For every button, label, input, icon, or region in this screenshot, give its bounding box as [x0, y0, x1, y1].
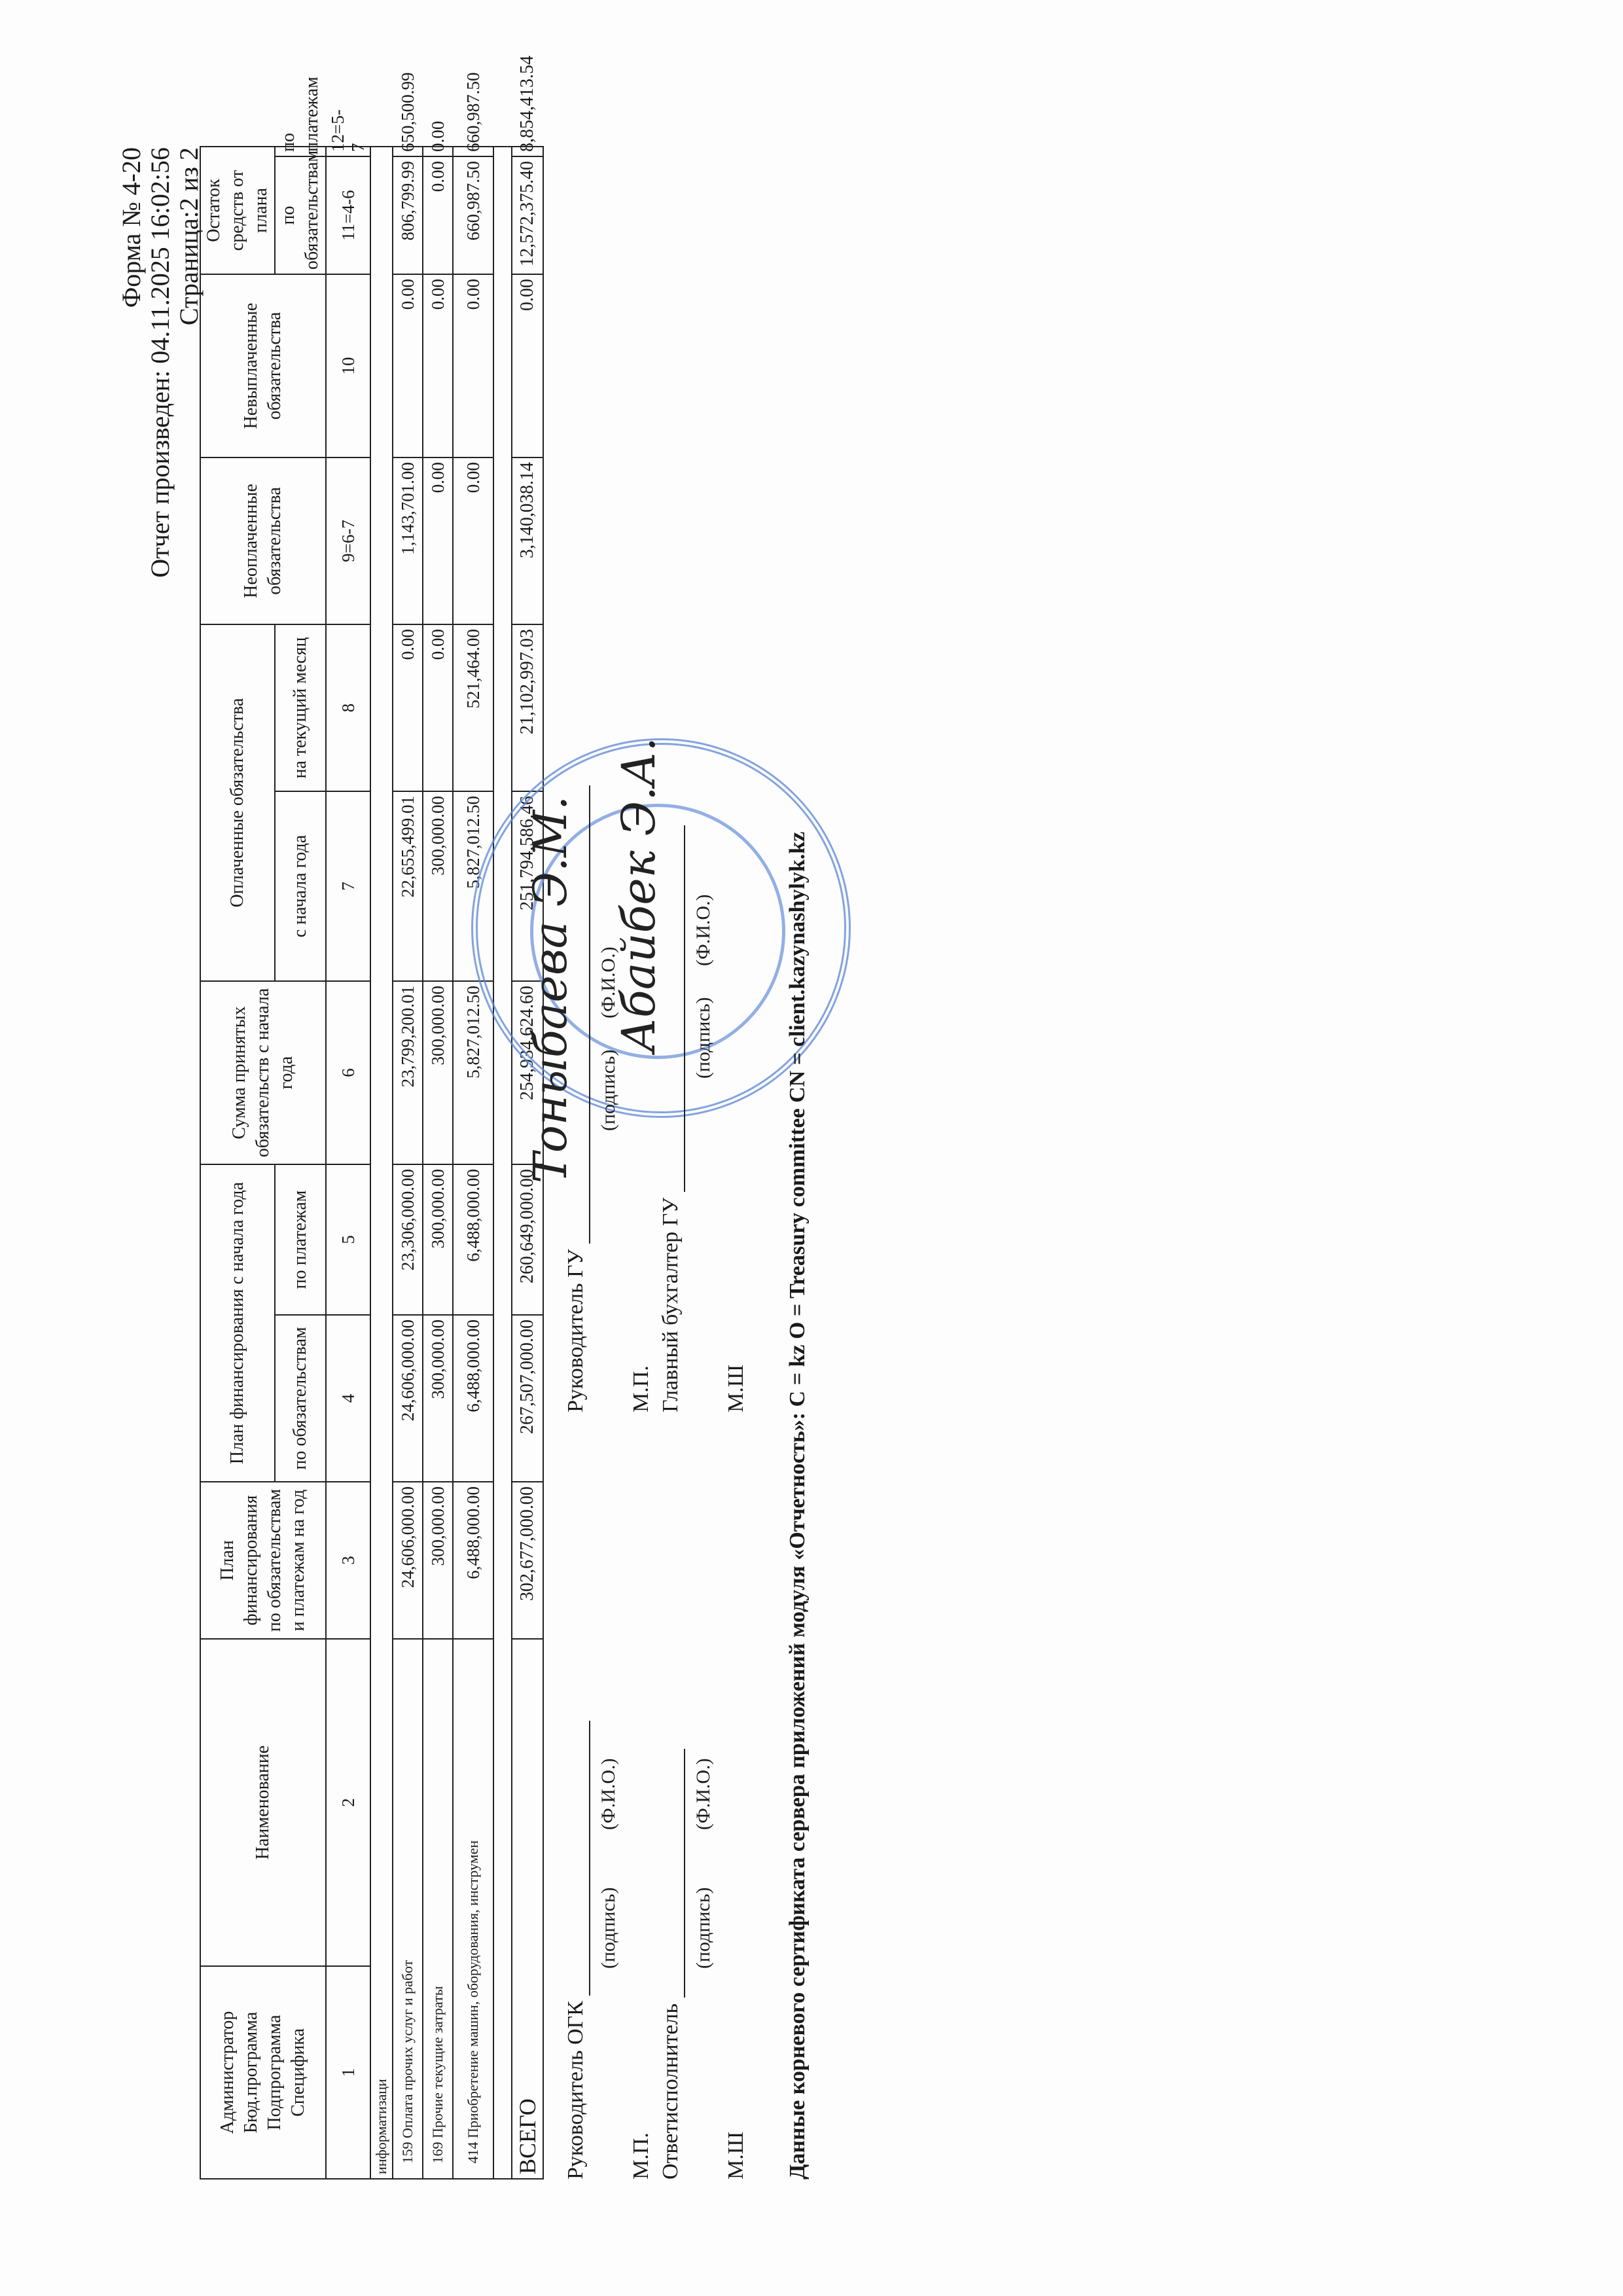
- colnum: 12=5-7: [326, 147, 370, 156]
- cell-c3: 6,488,000.00: [453, 1482, 493, 1639]
- cell-c8: 0.00: [393, 624, 423, 791]
- cell-c6: 300,000.00: [423, 981, 453, 1164]
- spacer-row: [493, 147, 512, 2179]
- col-plan-payments-header: по платежам: [275, 1164, 326, 1315]
- cell-c12: 0.00: [423, 147, 453, 156]
- fio-hint: (Ф.И.О.): [692, 894, 714, 966]
- total-c3: 302,677,000.00: [512, 1482, 543, 1639]
- col-plan-obligations-header: по обязательствам: [275, 1315, 326, 1482]
- cell-c10: 0.00: [423, 274, 453, 457]
- total-c8: 21,102,997.03: [512, 624, 543, 791]
- group-remaining-header: Остаток средств от плана: [200, 147, 275, 274]
- colnum: 1: [326, 1966, 370, 2179]
- executor-signature: Ответисполнитель: [658, 1749, 685, 2179]
- cell-c12: 650,500.99: [393, 147, 423, 156]
- section-row: информатизаци: [370, 147, 393, 2179]
- col-annual-plan-header: План финансирования по обязательствам и …: [200, 1482, 326, 1639]
- col-paid-ytd-header: с начала года: [275, 791, 326, 981]
- row-name: Оплата прочих услуг и работ: [399, 1960, 416, 2138]
- row-code: 159: [399, 2142, 416, 2164]
- signature-line: [563, 1721, 590, 1996]
- header-row-1: Администратор Бюд.программа Подпрограмма…: [200, 147, 275, 2179]
- row-code: 414: [465, 2142, 481, 2164]
- signature-hint: (подпись): [692, 1887, 714, 1969]
- group-plan-ytd-header: План финансирования с начала года: [200, 1164, 275, 1482]
- cell-c11: 806,799.99: [393, 156, 423, 274]
- cell-c10: 0.00: [453, 274, 493, 457]
- row-code: 169: [429, 2142, 446, 2164]
- cell-c9: 0.00: [423, 457, 453, 624]
- col-remaining-obligations-header: по обязательствам: [275, 156, 326, 274]
- msh-right: М.Ш: [723, 1365, 749, 1412]
- ogk-head-signature: Руководитель ОГК: [563, 1721, 590, 2179]
- cell-c7: 22,655,499.01: [393, 791, 423, 981]
- cell-c4: 300,000.00: [423, 1315, 453, 1482]
- colnum: 9=6-7: [326, 457, 370, 624]
- cell-c6: 5,827,012.50: [453, 981, 493, 1164]
- total-c10: 0.00: [512, 274, 543, 457]
- chief-accountant-handwritten-name: Абайбек Э.А.: [612, 737, 666, 1052]
- gu-head-label: Руководитель ГУ: [563, 1249, 588, 1412]
- colnum: 10: [326, 274, 370, 457]
- col-admin-header: Администратор Бюд.программа Подпрограмма…: [200, 1966, 326, 2179]
- table-row: 159 Оплата прочих услуг и работ 24,606,0…: [393, 147, 423, 2179]
- report-table: Администратор Бюд.программа Подпрограмма…: [200, 146, 544, 2179]
- signature-line: [658, 1749, 685, 1998]
- form-number: Форма № 4-20: [116, 147, 147, 308]
- gu-head-handwritten-name: Тоныбаева Э.М.: [524, 796, 577, 1183]
- cell-c4: 24,606,000.00: [393, 1315, 423, 1482]
- column-number-row: 1 2 3 4 5 6 7 8 9=6-7 10 11=4-6 12=5-7: [326, 147, 370, 2179]
- colnum: 8: [326, 624, 370, 791]
- colnum: 11=4-6: [326, 156, 370, 274]
- executor-hint: (подпись) (Ф.И.О.): [690, 1758, 717, 1969]
- report-sheet: Форма № 4-20 Отчет произведен: 04.11.202…: [0, 0, 1623, 2296]
- cell-c11: 0.00: [423, 156, 453, 274]
- mp-left: М.П.: [628, 2132, 654, 2179]
- total-label: ВСЕГО: [512, 1639, 543, 2179]
- total-c5: 260,649,000.00: [512, 1164, 543, 1315]
- cell-c12: 660,987.50: [453, 147, 493, 156]
- row-label: 169 Прочие текущие затраты: [423, 1639, 453, 2179]
- total-c4: 267,507,000.00: [512, 1315, 543, 1482]
- group-paid-header: Оплаченные обязательства: [200, 624, 275, 981]
- row-name: Прочие текущие затраты: [429, 1986, 446, 2138]
- row-label: 159 Оплата прочих услуг и работ: [393, 1639, 423, 2179]
- msh-left: М.Ш: [723, 2132, 749, 2179]
- colnum: 6: [326, 981, 370, 1164]
- col-name-header: Наименование: [200, 1639, 326, 1966]
- cell-c9: 0.00: [453, 457, 493, 624]
- mp-right: М.П.: [628, 1365, 654, 1412]
- table-row: 169 Прочие текущие затраты 300,000.00 30…: [423, 147, 453, 2179]
- signature-hint: (подпись): [692, 997, 714, 1079]
- cell-c4: 6,488,000.00: [453, 1315, 493, 1482]
- fio-hint: (Ф.И.О.): [692, 1758, 714, 1830]
- signature-hint: (подпись): [597, 1887, 619, 1969]
- col-paid-month-header: на текущий месяц: [275, 624, 326, 791]
- spacer: [493, 147, 512, 2179]
- colnum: 2: [326, 1639, 370, 1966]
- signature-hint: (подпись): [597, 1049, 619, 1131]
- colnum: 5: [326, 1164, 370, 1315]
- executor-label: Ответисполнитель: [658, 2003, 683, 2179]
- colnum: 4: [326, 1315, 370, 1482]
- chief-accountant-label: Главный бухгалтер ГУ: [658, 1198, 683, 1412]
- col-unpaid-header: Неоплаченные обязательства: [200, 457, 326, 624]
- table-row: 414 Приобретение машин, оборудования, ин…: [453, 147, 493, 2179]
- ogk-hint: (подпись) (Ф.И.О.): [596, 1758, 622, 1969]
- cell-c9: 1,143,701.00: [393, 457, 423, 624]
- cell-c3: 24,606,000.00: [393, 1482, 423, 1639]
- colnum: 3: [326, 1482, 370, 1639]
- col-unsettled-header: Невыплаченные обязательства: [200, 274, 326, 457]
- cell-c11: 660,987.50: [453, 156, 493, 274]
- certificate-info: Данные корневого сертификата сервера при…: [785, 832, 810, 2179]
- row-label: 414 Приобретение машин, оборудования, ин…: [453, 1639, 493, 2179]
- row-name: Приобретение машин, оборудования, инстру…: [465, 1840, 481, 2138]
- report-generated: Отчет произведен: 04.11.2025 16:02:56: [145, 147, 175, 578]
- cell-c10: 0.00: [393, 274, 423, 457]
- col-accepted-header: Сумма принятых обязательств с начала год…: [200, 981, 326, 1164]
- cell-c5: 23,306,000.00: [393, 1164, 423, 1315]
- cell-c7: 300,000.00: [423, 791, 453, 981]
- total-c9: 3,140,038.14: [512, 457, 543, 624]
- cell-c6: 23,799,200.01: [393, 981, 423, 1164]
- colnum: 7: [326, 791, 370, 981]
- cell-c5: 300,000.00: [423, 1164, 453, 1315]
- cell-c5: 6,488,000.00: [453, 1164, 493, 1315]
- fio-hint: (Ф.И.О.): [597, 1758, 619, 1830]
- chief-accountant-hint: (подпись) (Ф.И.О.): [690, 894, 717, 1079]
- cell-c8: 521,464.00: [453, 624, 493, 791]
- total-c12: 8,854,413.54: [512, 147, 543, 156]
- section-label: информатизаци: [370, 147, 393, 2179]
- ogk-head-label: Руководитель ОГК: [563, 2001, 588, 2179]
- cell-c3: 300,000.00: [423, 1482, 453, 1639]
- cell-c8: 0.00: [423, 624, 453, 791]
- total-c11: 12,572,375.40: [512, 156, 543, 274]
